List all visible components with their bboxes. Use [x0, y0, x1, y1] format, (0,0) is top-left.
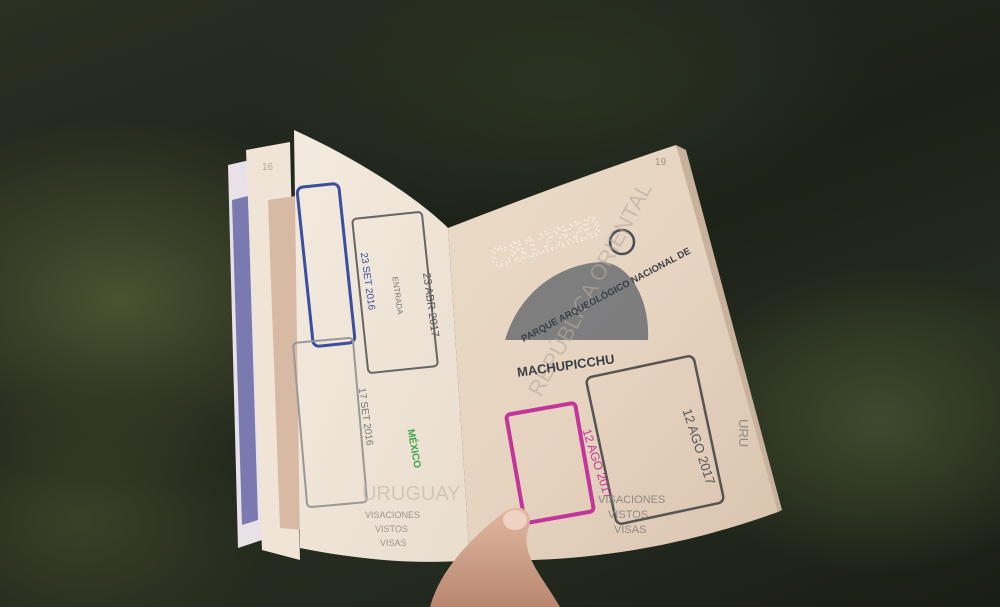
watermark-visaciones-left: VISACIONES: [365, 510, 420, 520]
watermark-uruguay-left: URUGUAY: [362, 483, 461, 505]
photo-scene: 16 19 C612320 REPÚBLICA ORIENTAL PARQUE …: [0, 0, 1000, 607]
watermark-vistos-left: VISTOS: [375, 524, 408, 534]
page-number-left: 16: [262, 162, 274, 173]
watermark-visaciones-right: VISACIONES: [598, 494, 665, 506]
fanned-pages: [228, 142, 302, 560]
watermark-vistos-right: VISTOS: [608, 509, 648, 521]
passport-photo: 16 19 C612320 REPÚBLICA ORIENTAL PARQUE …: [0, 0, 1000, 607]
watermark-visas-left: VISAS: [380, 538, 407, 548]
watermark-visas-right: VISAS: [614, 524, 646, 536]
page-number-right: 19: [655, 157, 667, 168]
watermark-uru: URU: [736, 419, 751, 447]
